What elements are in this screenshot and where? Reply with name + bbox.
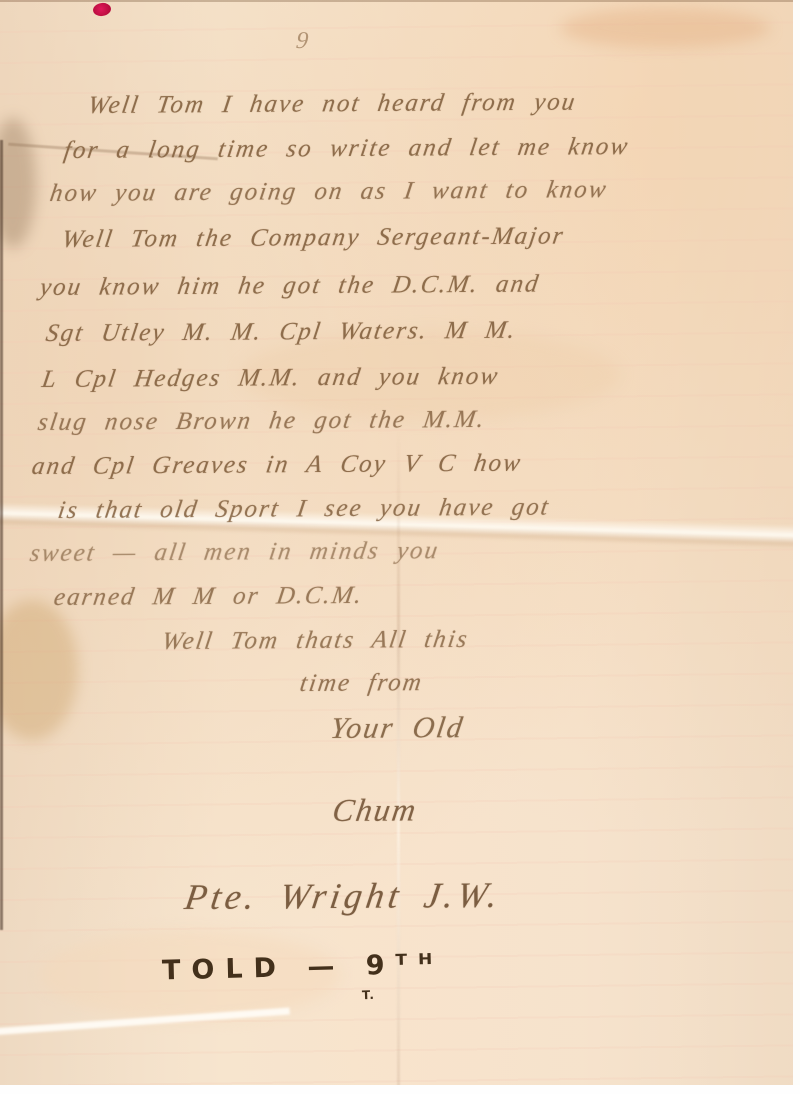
handwritten-line: Well Tom thats All this xyxy=(160,626,471,656)
handwritten-line: earned M M or D.C.M. xyxy=(52,582,365,612)
handwritten-line: how you are going on as I want to know xyxy=(48,176,610,208)
handwritten-line: and Cpl Greaves in A Coy V C how xyxy=(30,450,524,481)
scan-edge-shadow xyxy=(0,140,3,930)
closing-line: Chum xyxy=(330,791,420,829)
unit-sub-label: T. xyxy=(362,988,375,1002)
handwritten-line: slug nose Brown he got the M.M. xyxy=(36,406,488,437)
signature-line: Pte. Wright J.W. xyxy=(182,874,504,918)
letter-scan: 9 Well Tom I have not heard from you for… xyxy=(0,0,800,1094)
scan-edge-margin xyxy=(0,1085,800,1094)
closing-line: Your Old xyxy=(328,711,466,746)
handwritten-line: Well Tom the Company Sergeant-Major xyxy=(60,222,567,254)
handwritten-line: is that old Sport I see you have got xyxy=(56,494,552,525)
paper-stain xyxy=(560,8,770,48)
scan-edge-margin xyxy=(793,0,800,1094)
handwritten-line: Well Tom I have not heard from you xyxy=(86,89,578,120)
handwritten-line: L Cpl Hedges M.M. and you know xyxy=(40,363,501,394)
handwritten-line: for a long time so write and let me know xyxy=(62,133,631,165)
handwritten-line: time from xyxy=(298,669,425,698)
handwritten-line: you know him he got the D.C.M. and xyxy=(38,271,542,302)
handwritten-line-faded: sweet — all men in minds you xyxy=(28,537,441,568)
fold-crease-vertical xyxy=(397,430,400,1094)
handwritten-line: Sgt Utley M. M. Cpl Waters. M M. xyxy=(44,317,519,348)
scan-edge-shadow xyxy=(0,0,800,2)
